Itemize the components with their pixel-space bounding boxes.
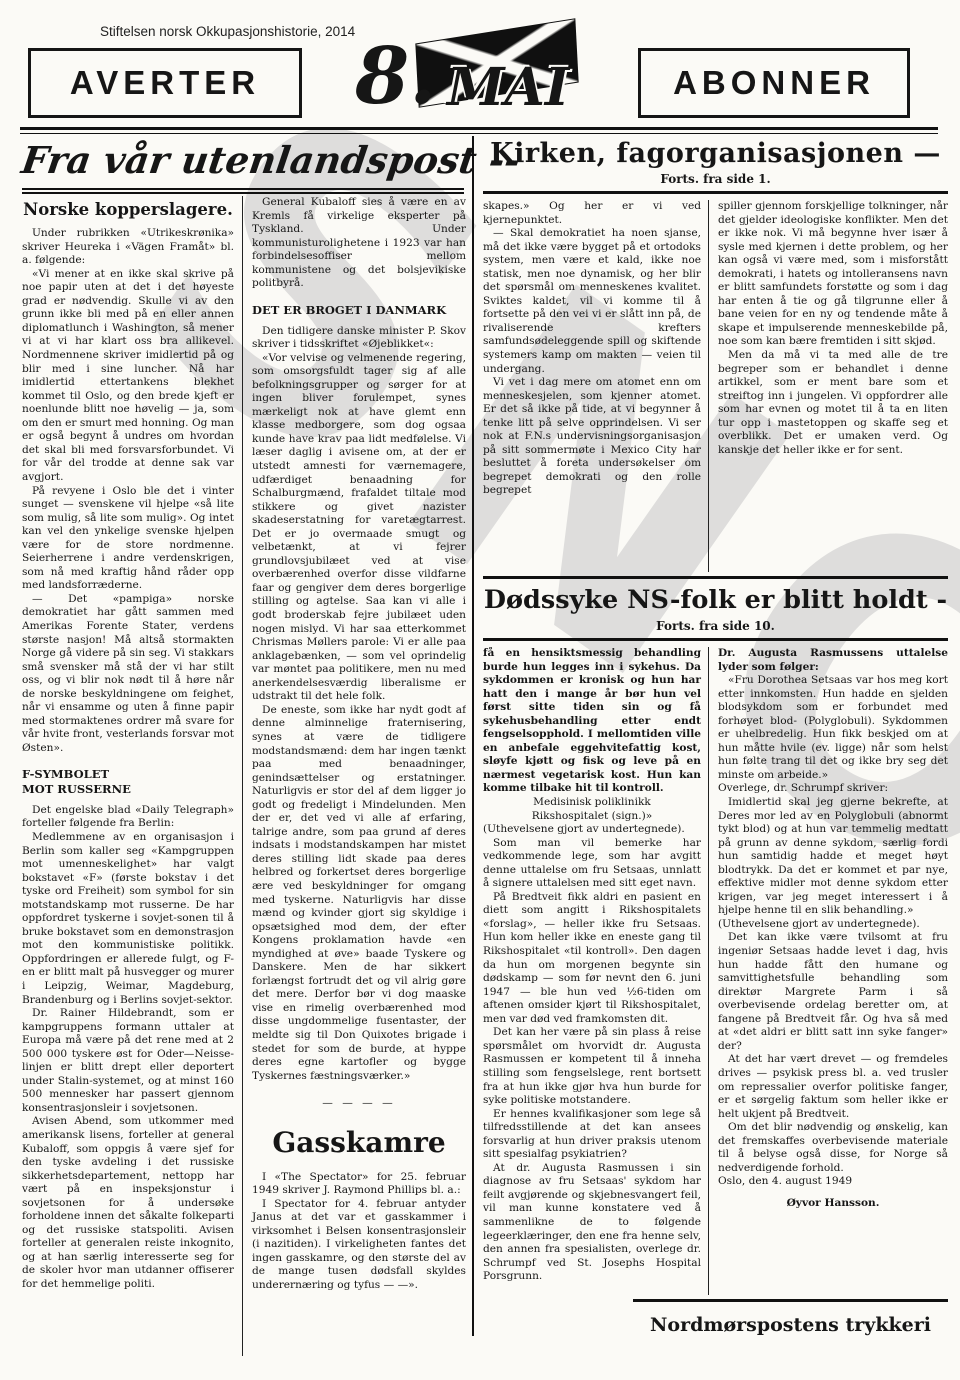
paragraph: Den tidligere danske minister P. Skov sk… <box>252 325 466 352</box>
paragraph: Oslo, den 4. august 1949 <box>718 1175 948 1189</box>
abonner-box: ABONNER <box>638 48 910 118</box>
left-columns: Norske kopperslagere.Under rubrikken «Ut… <box>22 196 466 1356</box>
paragraph: På Bredtveit fikk aldri en pasient en di… <box>483 891 701 1026</box>
paragraph: Det kan her være på sin plass å reise sp… <box>483 1026 701 1107</box>
paragraph: «Vi mener at en ikke skal skrive på noe … <box>22 268 234 485</box>
paragraph: Medlemmene av en organisasjon i Berlin s… <box>22 831 234 1007</box>
article-subheading: F-SYMBOLET MOT RUSSERNE <box>22 767 234 796</box>
kirken-forts: Forts. fra side 1. <box>483 172 948 186</box>
paragraph: «Fru Dorothea Setsaas var hos meg kort e… <box>718 674 948 782</box>
paragraph: I «The Spectator» for 25. februar 1949 s… <box>252 1171 466 1198</box>
paragraph: Det kan ikke være tvilsomt at fru ingeni… <box>718 931 948 1053</box>
kirken-header: Kirken, fagorganisasjonen — Forts. fra s… <box>483 138 948 194</box>
paragraph: — Skal demokratiet ha noen sjanse, må de… <box>483 227 701 376</box>
paragraph: skapes.» Og her er vi ved kjernepunktet. <box>483 200 701 227</box>
paragraph: I Spectator for 4. februar antyder Janus… <box>252 1198 466 1293</box>
dodssyke-forts: Forts. fra side 10. <box>483 619 948 633</box>
column-1: Norske kopperslagere.Under rubrikken «Ut… <box>22 196 243 1356</box>
dodssyke-column-right: Dr. Augusta Rasmussens uttalelse lyder s… <box>709 647 948 1295</box>
paragraph: Er hennes kvalifikasjoner som lege så ti… <box>483 1108 701 1162</box>
averter-box: AVERTER <box>28 48 302 118</box>
archive-note: Stiftelsen norsk Okkupasjonshistorie, 20… <box>100 24 355 39</box>
paragraph: General Kubaloff sies å være en av Kreml… <box>252 196 466 291</box>
article-heading: Gasskamre <box>252 1125 466 1161</box>
paragraph: Det engelske blad «Daily Telegraph» fort… <box>22 804 234 831</box>
paragraph: Imidlertid skal jeg gjerne bekrefte, at … <box>718 796 948 918</box>
right-section: Kirken, fagorganisasjonen — Forts. fra s… <box>472 136 948 1336</box>
kirken-column-right: spiller gjennom forskjellige tolkninger,… <box>709 200 948 572</box>
paragraph: Om det blir nødvendig og ønskelig, kan d… <box>718 1121 948 1175</box>
paragraph: (Uthevelsene gjort av undertegnede). <box>483 823 701 837</box>
kirken-column-left: skapes.» Og her er vi ved kjernepunktet.… <box>483 200 709 572</box>
paragraph: Dr. Augusta Rasmussens uttalelse lyder s… <box>718 647 948 674</box>
paragraph: Medisinisk poliklinikk <box>483 796 701 810</box>
dodssyke-columns: få en hensiktsmessig behandling burde hu… <box>483 647 948 1295</box>
article-heading: Norske kopperslagere. <box>22 199 234 220</box>
dodssyke-header: Dødssyke NS-folk er blitt holdt - Forts.… <box>483 576 948 641</box>
section-divider: — — — — <box>252 1097 466 1111</box>
logo-month: MAI <box>447 62 569 114</box>
paragraph: Rikshospitalet (sign.)» <box>483 810 701 824</box>
kirken-columns: skapes.» Og her er vi ved kjernepunktet.… <box>483 200 948 572</box>
paragraph: — Det «pampiga» norske demokratiet har g… <box>22 593 234 756</box>
paragraph: Vi vet i dag mere om atomet enn om menne… <box>483 376 701 498</box>
averter-label: AVERTER <box>70 64 260 102</box>
newspaper-logo: 8. MAI <box>355 30 605 130</box>
paragraph: At dr. Augusta Rasmussen i sin diagnose … <box>483 1162 701 1284</box>
printer-rule <box>633 1299 948 1302</box>
dodssyke-column-left: få en hensiktsmessig behandling burde hu… <box>483 647 709 1295</box>
paragraph: Avisen Abend, som utkommer med amerikans… <box>22 1115 234 1291</box>
column-2: General Kubaloff sies å være en av Kreml… <box>243 196 466 1356</box>
paragraph: «Vor velvise og velmenende regering, som… <box>252 352 466 704</box>
paragraph: (Uthevelsene gjort av undertegnede). <box>718 918 948 932</box>
paragraph: At det har vært drevet — og fremdeles dr… <box>718 1053 948 1121</box>
dodssyke-title: Dødssyke NS-folk er blitt holdt - <box>483 585 948 615</box>
author-signature: Øyvor Hansson. <box>718 1197 948 1211</box>
masthead-rule <box>20 127 938 134</box>
paragraph: Overlege, dr. Schrumpf skriver: <box>718 782 948 796</box>
logo-number: 8. <box>355 38 436 116</box>
utenlandspost-title: Fra vår utenlandspost -- <box>19 138 467 182</box>
newspaper-page: SNO Stiftelsen norsk Okkupasjonshistorie… <box>0 0 960 1380</box>
kirken-title: Kirken, fagorganisasjonen — <box>483 138 948 169</box>
paragraph: få en hensiktsmessig behandling burde hu… <box>483 647 701 796</box>
paragraph: De eneste, som ikke har nydt godt af den… <box>252 704 466 1083</box>
printer-line: Nordmørspostens trykkeri <box>633 1314 948 1336</box>
paragraph: Under rubrikken «Utrikeskrønika» skriver… <box>22 227 234 268</box>
abonner-label: ABONNER <box>673 64 875 102</box>
paragraph: spiller gjennom forskjellige tolkninger,… <box>718 200 948 349</box>
utenlandspost-header: Fra vår utenlandspost -- <box>22 138 464 194</box>
paragraph: Som man vil bemerke har vedkommende lege… <box>483 837 701 891</box>
article-subheading: DET ER BROGET I DANMARK <box>252 303 466 318</box>
paragraph: Dr. Rainer Hildebrandt, som er kampgrupp… <box>22 1007 234 1115</box>
paragraph: På revyene i Oslo ble det i vinter sunge… <box>22 485 234 593</box>
paragraph: Men da må vi ta med alle de tre begreper… <box>718 349 948 457</box>
